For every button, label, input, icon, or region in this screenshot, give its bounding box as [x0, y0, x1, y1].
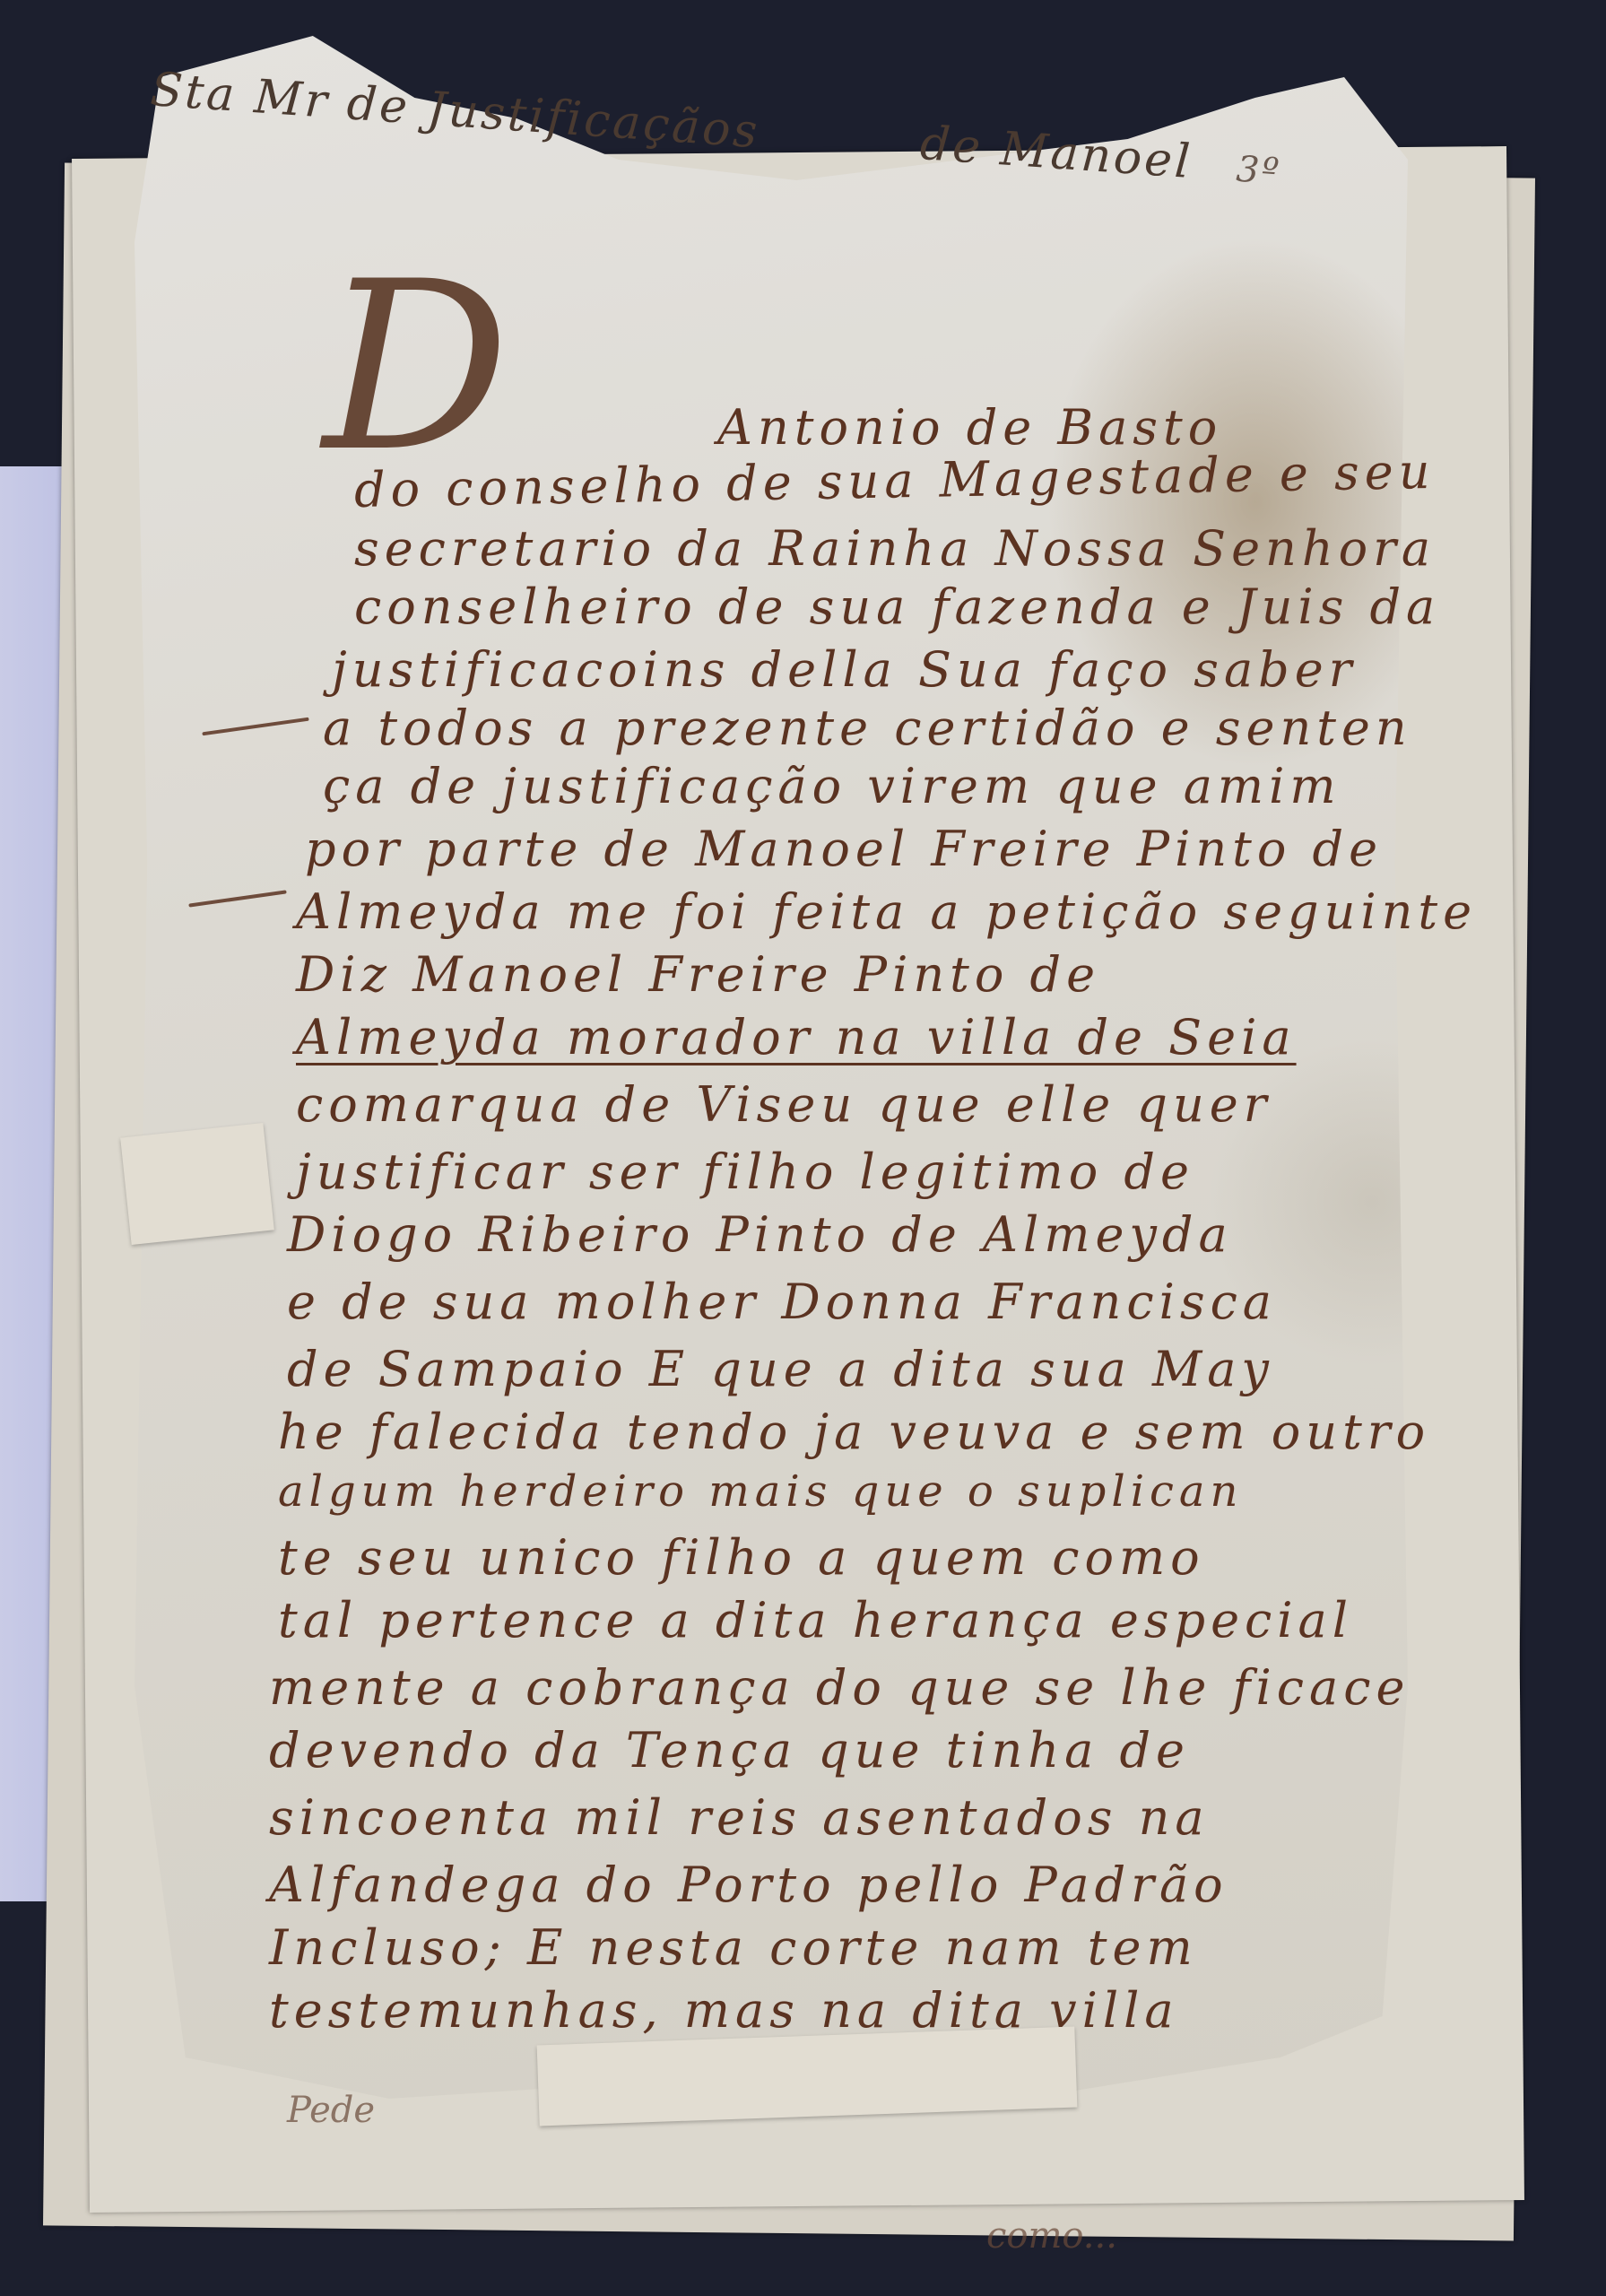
text-line: Diz Manoel Freire Pinto de	[296, 946, 1100, 1003]
text-line: Antonio de Basto	[717, 399, 1222, 456]
decorated-initial: D	[323, 251, 509, 484]
text-line: te seu unico filho a quem como	[278, 1529, 1205, 1586]
bottom-fragment: como...	[986, 2215, 1117, 2257]
text-line: ça de justificação virem que amim	[323, 758, 1341, 814]
text-line: mente a cobrança do que se lhe ficace	[269, 1659, 1410, 1716]
text-line: Almeyda me foi feita a petição seguinte	[296, 883, 1477, 940]
bottom-fragment: Pede	[287, 2090, 375, 2131]
text-line: justificacoins della Sua faço saber	[332, 641, 1357, 698]
text-line: Diogo Ribeiro Pinto de Almeyda	[287, 1206, 1233, 1263]
text-line: comarqua de Viseu que elle quer	[296, 1076, 1272, 1133]
text-line: Alfandega do Porto pello Padrão	[269, 1857, 1228, 1913]
text-line: e de sua molher Donna Francisca	[287, 1274, 1277, 1330]
text-line: tal pertence a dita herança especial	[278, 1592, 1353, 1648]
text-line: a todos a prezente certidão e senten	[323, 700, 1412, 756]
header-number: 3º	[1235, 149, 1282, 193]
text-line: devendo da Tença que tinha de	[269, 1722, 1190, 1779]
text-line: sincoenta mil reis asentados na	[269, 1789, 1210, 1846]
text-line: Almeyda morador na villa de Seia	[296, 1009, 1297, 1065]
text-line: de Sampaio E que a dita sua May	[287, 1341, 1274, 1397]
text-line: algum herdeiro mais que o suplican	[278, 1466, 1243, 1517]
text-line: Incluso; E nesta corte nam tem	[269, 1919, 1198, 1976]
text-line: secretario da Rainha Nossa Senhora	[354, 520, 1436, 577]
text-line: conselheiro de sua fazenda e Juis da	[354, 578, 1440, 635]
text-line: por parte de Manoel Freire Pinto de	[305, 821, 1383, 877]
text-line: he falecida tendo ja veuva e sem outro	[278, 1404, 1430, 1460]
torn-paper-fragment	[120, 1123, 274, 1245]
text-line: justificar ser filho legitimo de	[296, 1144, 1194, 1200]
